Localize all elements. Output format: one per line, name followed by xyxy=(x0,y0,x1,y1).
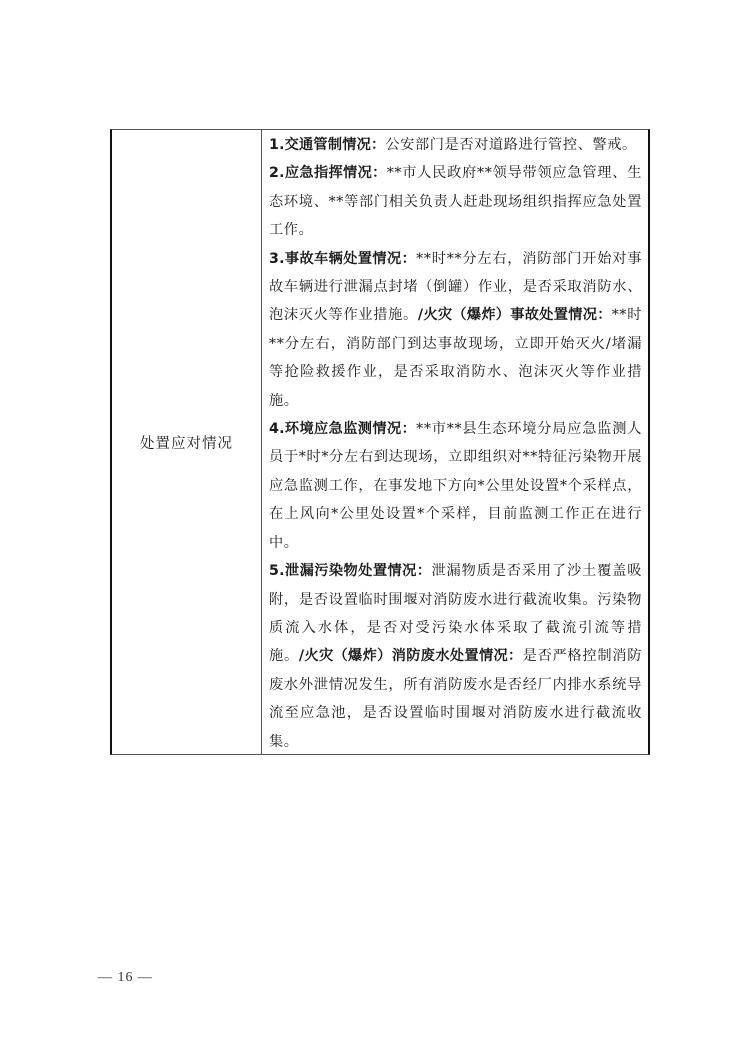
section-body: **市**县生态环境分局应急监测人员于*时*分左右到达现场，立即组织对**特征污… xyxy=(269,421,642,551)
section-heading: 1.交通管制情况： xyxy=(269,137,385,153)
section-vehicle-handling: 3.事故车辆处置情况：**时**分左右，消防部门开始对事故车辆进行泄漏点封堵（倒… xyxy=(269,245,642,415)
section-alt-heading: /火灾（爆炸）消防废水处置情况： xyxy=(299,648,523,664)
section-heading: 4.环境应急监测情况： xyxy=(269,421,416,437)
section-traffic-control: 1.交通管制情况：公安部门是否对道路进行管控、警戒。 xyxy=(269,131,642,159)
row-content-cell: 1.交通管制情况：公安部门是否对道路进行管控、警戒。 2.应急指挥情况：**市人… xyxy=(262,130,648,754)
section-heading: 3.事故车辆处置情况： xyxy=(269,251,416,267)
section-heading: 5.泄漏污染物处置情况： xyxy=(269,563,431,579)
section-alt-heading: /火灾（爆炸）事故处置情况： xyxy=(418,307,612,323)
section-heading: 2.应急指挥情况： xyxy=(269,165,387,181)
row-label-cell: 处置应对情况 xyxy=(112,130,262,754)
response-table: 处置应对情况 1.交通管制情况：公安部门是否对道路进行管控、警戒。 2.应急指挥… xyxy=(110,129,650,755)
section-body: 公安部门是否对道路进行管控、警戒。 xyxy=(385,137,636,153)
page-number: — 16 — xyxy=(98,970,153,986)
section-pollutant-handling: 5.泄漏污染物处置情况：泄漏物质是否采用了沙土覆盖吸附，是否设置临时围堰对消防废… xyxy=(269,557,642,756)
row-label: 处置应对情况 xyxy=(140,432,233,453)
section-environmental-monitoring: 4.环境应急监测情况：**市**县生态环境分局应急监测人员于*时*分左右到达现场… xyxy=(269,415,642,557)
section-emergency-command: 2.应急指挥情况：**市人民政府**领导带领应急管理、生态环境、**等部门相关负… xyxy=(269,159,642,244)
